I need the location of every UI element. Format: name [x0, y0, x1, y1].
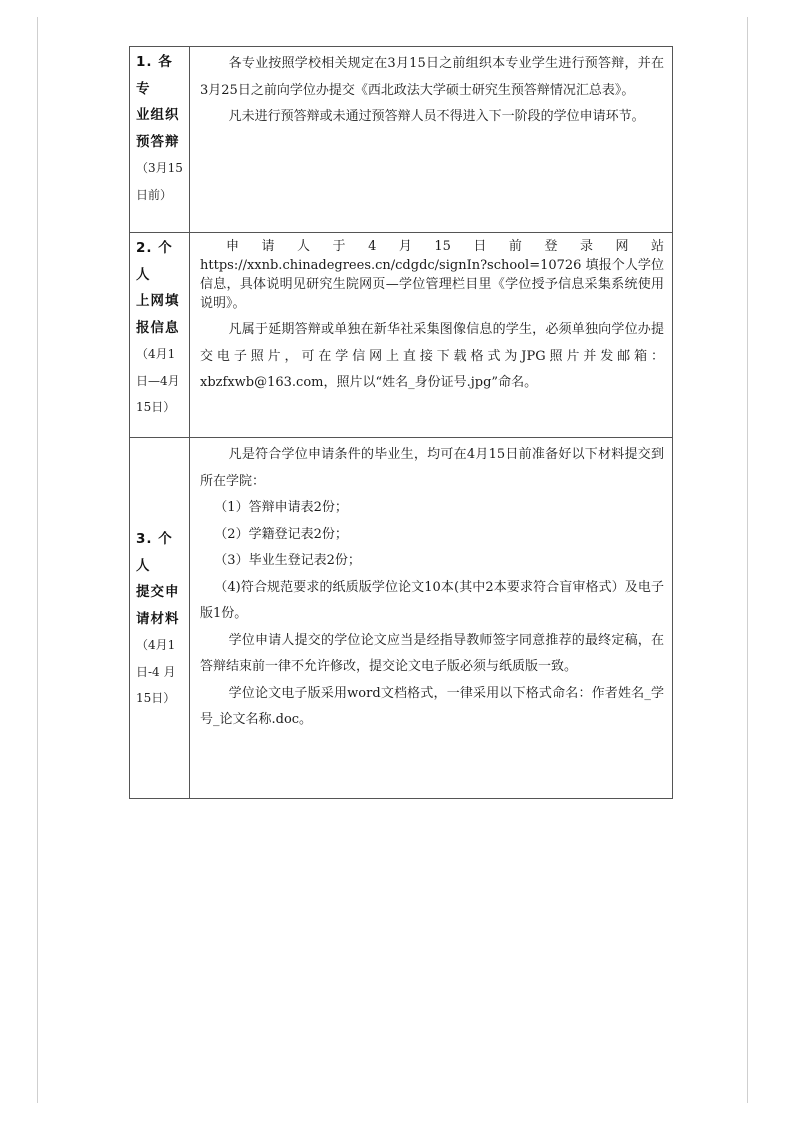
step-date: 15日） — [136, 394, 185, 421]
spread-char: 4 — [368, 237, 376, 256]
spread-char: 录 — [580, 237, 593, 256]
paragraph: 学位申请人提交的学位论文应当是经指导教师签字同意推荐的最终定稿，在答辩结束前一律… — [200, 628, 664, 681]
step-title: 请材料 — [136, 606, 185, 633]
spread-char: 15 — [434, 237, 451, 256]
table-row: 2. 个人 上网填 报信息 （4月1 日—4月 15日） 申 请 人 于 4 月… — [130, 233, 673, 438]
page-edge-right — [747, 17, 748, 1103]
page-edge-left — [37, 17, 38, 1103]
spread-char: 申 — [226, 237, 239, 256]
step-title: 业组织 — [136, 102, 185, 129]
step-label-cell: 2. 个人 上网填 报信息 （4月1 日—4月 15日） — [130, 233, 190, 438]
step-date: （4月1 — [136, 341, 185, 368]
spread-char: 月 — [399, 237, 412, 256]
step-date: 日前） — [136, 182, 185, 209]
spread-char: 前 — [509, 237, 522, 256]
step-date: 日—4月 — [136, 368, 185, 395]
spread-char: 于 — [333, 237, 346, 256]
material-list-item: （1）答辩申请表2份； — [200, 495, 664, 522]
spread-char: 日 — [473, 237, 486, 256]
step-title: 提交申 — [136, 579, 185, 606]
material-list-item: （3）毕业生登记表2份； — [200, 548, 664, 575]
table-row: 3. 个人 提交申 请材料 （4月1 日-4 月 15日） 凡是符合学位申请条件… — [130, 438, 673, 799]
step-date: （3月15 — [136, 155, 185, 182]
table-row: 1. 各专 业组织 预答辩 （3月15 日前） 各专业按照学校相关规定在3月15… — [130, 47, 673, 233]
spread-char: 登 — [544, 237, 557, 256]
material-list-item: （4)符合规范要求的纸质版学位论文10本(其中2本要求符合盲审格式）及电子版1份… — [200, 575, 664, 628]
intro-paragraph: 凡是符合学位申请条件的毕业生，均可在4月15日前准备好以下材料提交到所在学院： — [200, 442, 664, 495]
paragraph: 学位论文电子版采用word文档格式，一律采用以下格式命名：作者姓名_学号_论文名… — [200, 681, 664, 734]
url-paragraph: https://xxnb.chinadegrees.cn/cdgdc/signI… — [200, 256, 664, 313]
spread-char: 人 — [297, 237, 310, 256]
step-date: 15日） — [136, 685, 185, 712]
step-title: 报信息 — [136, 315, 185, 342]
spread-char: 请 — [262, 237, 275, 256]
step-title: 2. 个人 — [136, 235, 185, 288]
paragraph: 各专业按照学校相关规定在3月15日之前组织本专业学生进行预答辩，并在3月25日之… — [200, 51, 664, 104]
spread-line: 申 请 人 于 4 月 15 日 前 登 录 网 站 — [200, 237, 664, 256]
spread-char: 网 — [615, 237, 628, 256]
step-label-cell: 3. 个人 提交申 请材料 （4月1 日-4 月 15日） — [130, 438, 190, 799]
step-date: （4月1 — [136, 632, 185, 659]
step-date: 日-4 月 — [136, 659, 185, 686]
step-title: 3. 个人 — [136, 526, 185, 579]
procedure-table: 1. 各专 业组织 预答辩 （3月15 日前） 各专业按照学校相关规定在3月15… — [129, 46, 673, 799]
step-content-cell: 各专业按照学校相关规定在3月15日之前组织本专业学生进行预答辩，并在3月25日之… — [190, 47, 673, 233]
step-title: 1. 各专 — [136, 49, 185, 102]
step-content-cell: 凡是符合学位申请条件的毕业生，均可在4月15日前准备好以下材料提交到所在学院： … — [190, 438, 673, 799]
paragraph: 凡未进行预答辩或未通过预答辩人员不得进入下一阶段的学位申请环节。 — [200, 104, 664, 131]
step-title: 预答辩 — [136, 129, 185, 156]
paragraph: 凡属于延期答辩或单独在新华社采集图像信息的学生，必须单独向学位办提交电子照片，可… — [200, 317, 664, 397]
spread-char: 站 — [651, 237, 664, 256]
step-content-cell: 申 请 人 于 4 月 15 日 前 登 录 网 站 https://xxnb.… — [190, 233, 673, 438]
material-list-item: （2）学籍登记表2份； — [200, 522, 664, 549]
step-title: 上网填 — [136, 288, 185, 315]
step-label-cell: 1. 各专 业组织 预答辩 （3月15 日前） — [130, 47, 190, 233]
